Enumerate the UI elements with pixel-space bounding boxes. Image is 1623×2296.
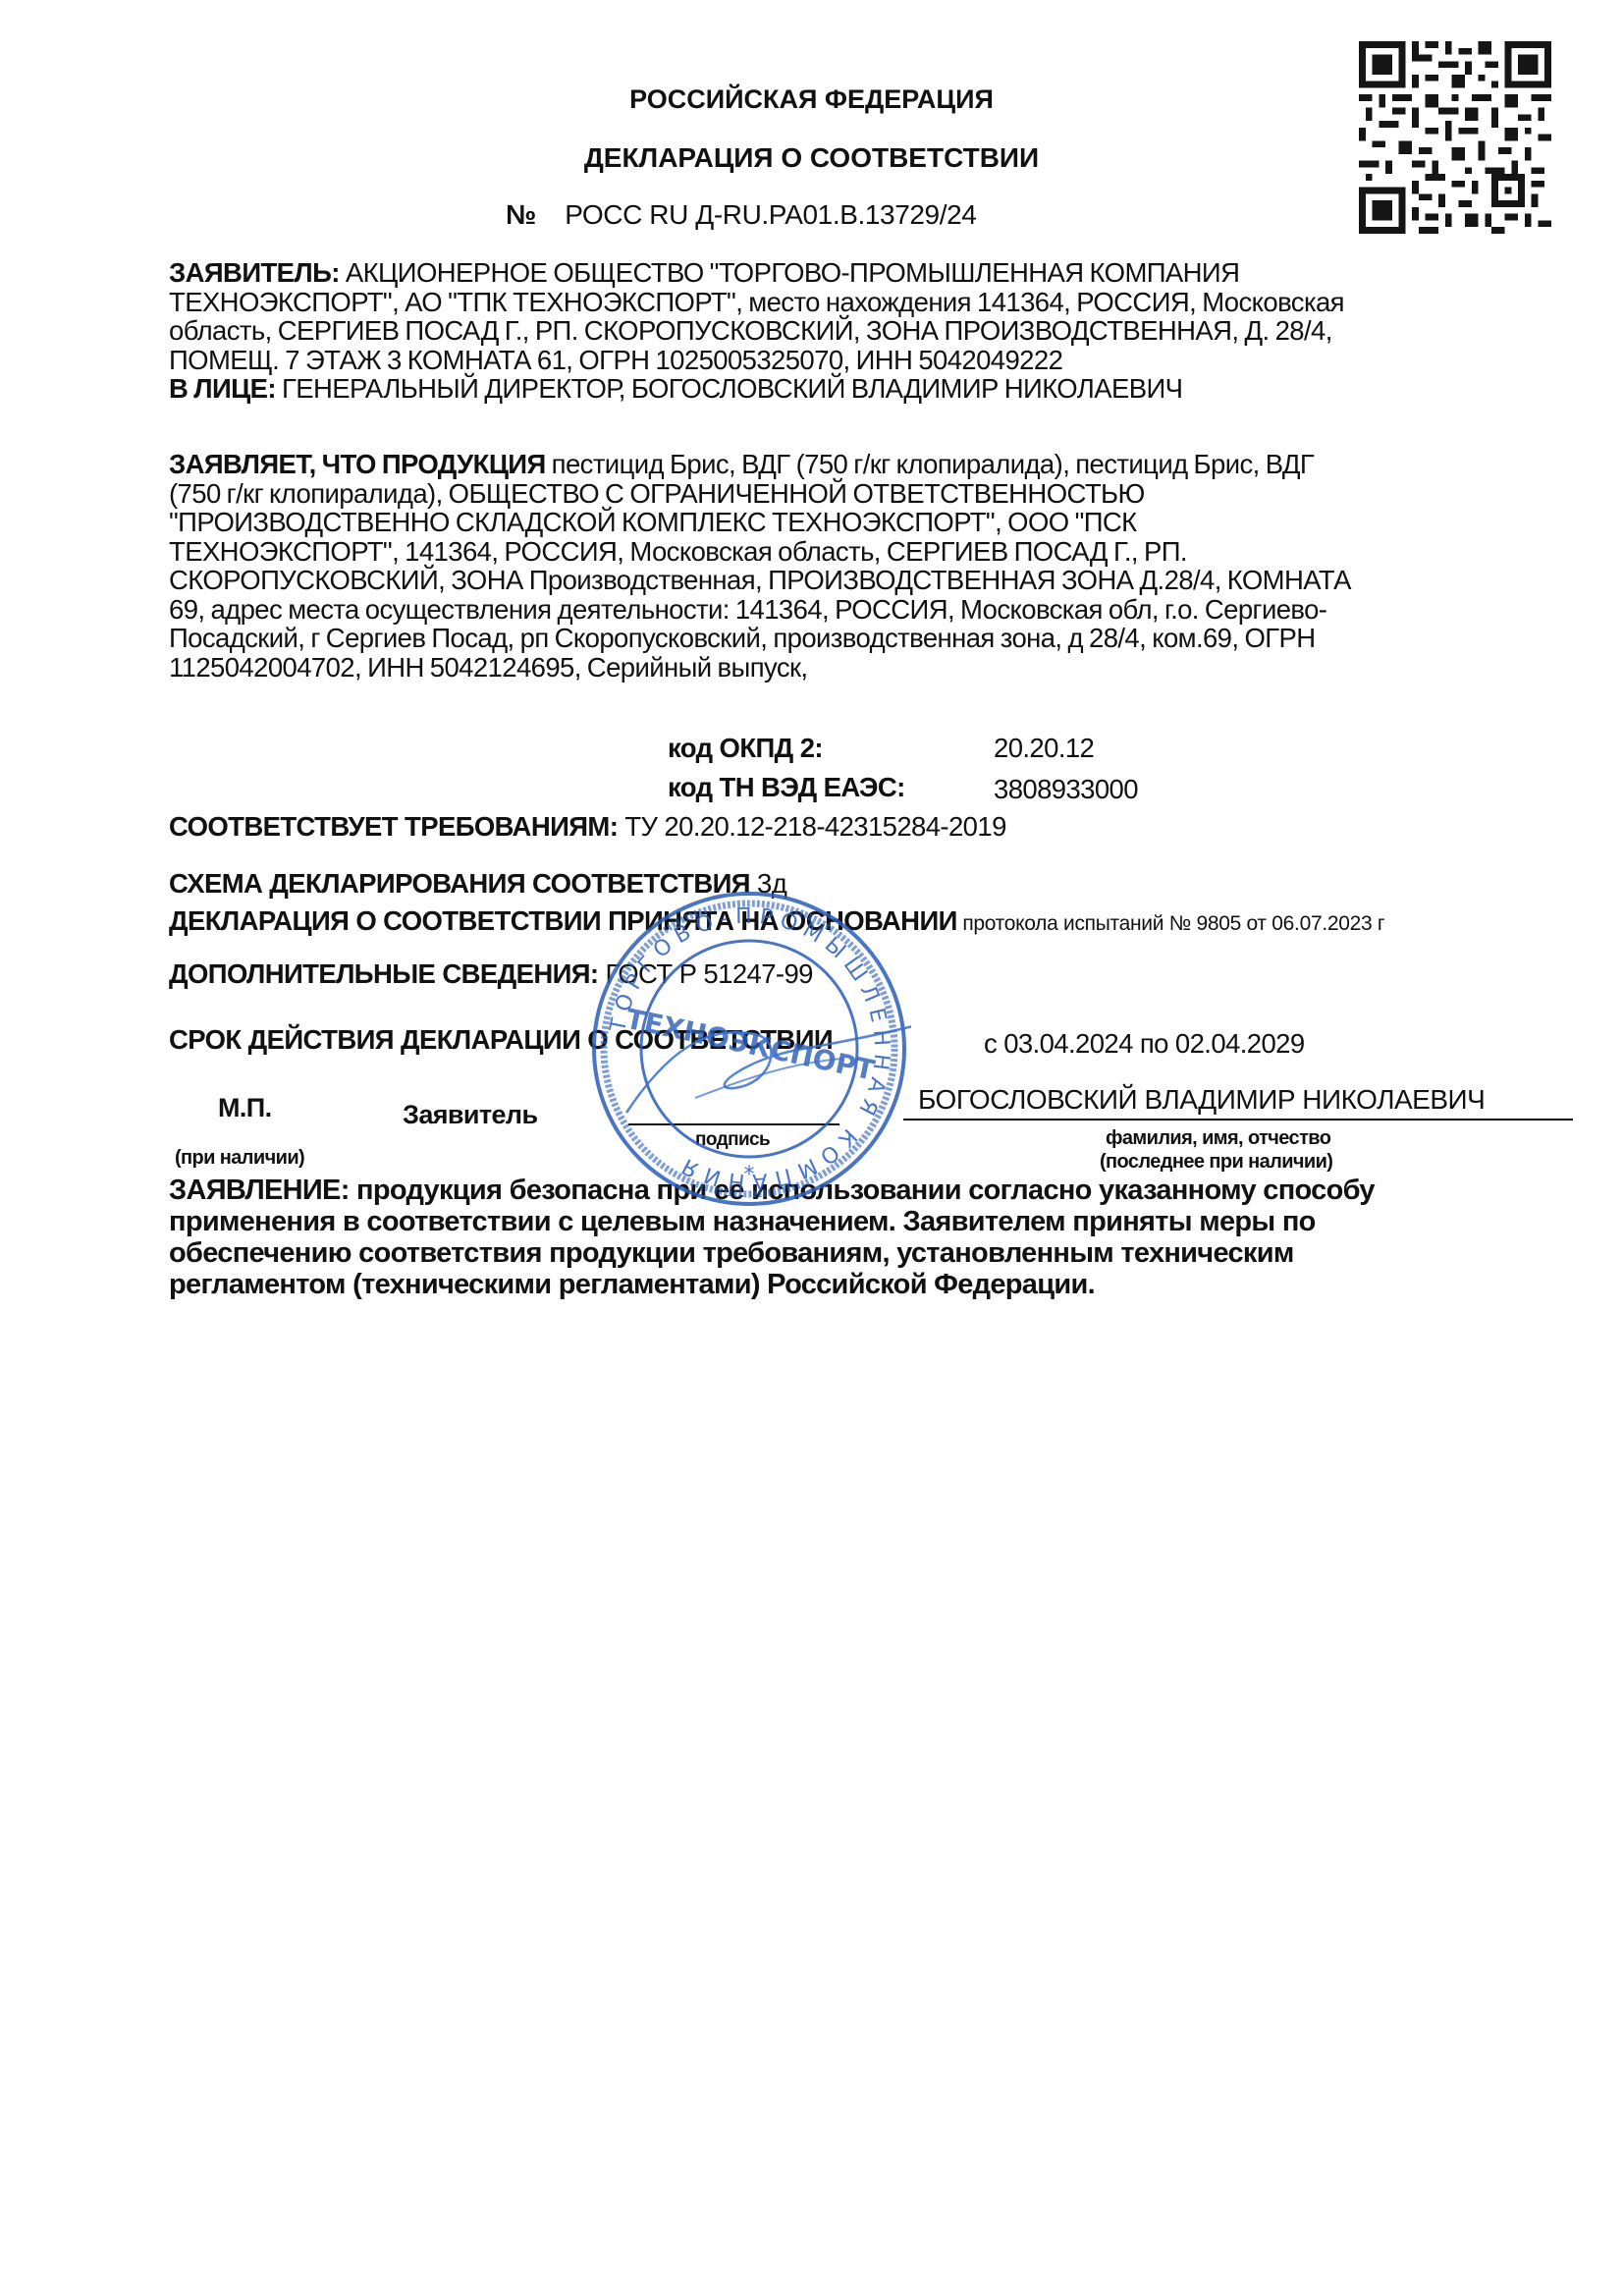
statement-line: применения в соответствии с целевым назн…: [169, 1206, 1573, 1237]
product-line: 69, адрес места осуществления деятельнос…: [169, 595, 1573, 625]
statement-label: ЗАЯВЛЕНИЕ:: [169, 1175, 350, 1206]
qr-code-icon: [1359, 41, 1551, 234]
requirements-line: СООТВЕТСТВУЕТ ТРЕБОВАНИЯМ: ТУ 20.20.12-2…: [169, 811, 1006, 843]
requirements-label: СООТВЕТСТВУЕТ ТРЕБОВАНИЯМ:: [169, 811, 618, 842]
product-section: ЗАЯВЛЯЕТ, ЧТО ПРОДУКЦИЯ пестицид Брис, В…: [169, 450, 1573, 682]
signer-name: БОГОСЛОВСКИЙ ВЛАДИМИР НИКОЛАЕВИЧ: [918, 1084, 1485, 1116]
applicant-label: ЗАЯВИТЕЛЬ:: [169, 257, 340, 288]
tnved-code-value: 3808933000: [994, 774, 1138, 805]
declaration-number-value: РОСС RU Д-RU.РА01.В.13729/24: [565, 199, 976, 230]
product-line: Посадский, г Сергиев Посад, рп Скоропуск…: [169, 624, 1573, 653]
applicant-line: область, СЕРГИЕВ ПОСАД Г., РП. СКОРОПУСК…: [169, 316, 1573, 346]
represented-value: ГЕНЕРАЛЬНЫЙ ДИРЕКТОР, БОГОСЛОВСКИЙ ВЛАДИ…: [276, 373, 1182, 404]
product-line: пестицид Брис, ВДГ (750 г/кг клопиралида…: [546, 449, 1315, 479]
signer-name-line: [903, 1119, 1573, 1121]
requirements-value: ТУ 20.20.12-218-42315284-2019: [618, 811, 1005, 842]
validity-label: СРОК ДЕЙСТВИЯ ДЕКЛАРАЦИИ О СООТВЕТСТВИИ: [169, 1024, 833, 1056]
statement-line: продукция безопасна при ее использовании…: [350, 1175, 1375, 1206]
number-sign: №: [506, 199, 536, 230]
applicant-line: АКЦИОНЕРНОЕ ОБЩЕСТВО "ТОРГОВО-ПРОМЫШЛЕНН…: [340, 257, 1240, 288]
additional-label: ДОПОЛНИТЕЛЬНЫЕ СВЕДЕНИЯ:: [169, 958, 598, 989]
name-caption-1: фамилия, имя, отчество: [1106, 1127, 1330, 1150]
product-line: (750 г/кг клопиралида), ОБЩЕСТВО С ОГРАН…: [169, 479, 1573, 509]
signature-caption: подпись: [695, 1129, 770, 1151]
seal-label: М.П.: [218, 1093, 272, 1123]
okpd-code-label: код ОКПД 2:: [668, 733, 823, 764]
applicant-sign-label: Заявитель: [403, 1100, 537, 1130]
statement-line: обеспечению соответствия продукции требо…: [169, 1237, 1573, 1269]
declaration-number: № РОСС RU Д-RU.РА01.В.13729/24: [506, 199, 976, 231]
scheme-value: 3д: [750, 868, 786, 899]
statement-line: регламентом (техническими регламентами) …: [169, 1269, 1573, 1300]
scheme-label: СХЕМА ДЕКЛАРИРОВАНИЯ СООТВЕТСТВИЯ: [169, 868, 750, 899]
seal-note: (при наличии): [175, 1147, 304, 1170]
represented-label: В ЛИЦЕ:: [169, 373, 276, 404]
product-line: 1125042004702, ИНН 5042124695, Серийный …: [169, 653, 1573, 683]
additional-line: ДОПОЛНИТЕЛЬНЫЕ СВЕДЕНИЯ: ГОСТ Р 51247-99: [169, 958, 813, 990]
product-label: ЗАЯВЛЯЕТ, ЧТО ПРОДУКЦИЯ: [169, 449, 546, 479]
applicant-line: ПОМЕЩ. 7 ЭТАЖ 3 КОМНАТА 61, ОГРН 1025005…: [169, 346, 1573, 375]
product-line: ТЕХНОЭКСПОРТ", 141364, РОССИЯ, Московска…: [169, 537, 1573, 567]
okpd-code-value: 20.20.12: [994, 733, 1094, 764]
applicant-section: ЗАЯВИТЕЛЬ: АКЦИОНЕРНОЕ ОБЩЕСТВО "ТОРГОВО…: [169, 258, 1573, 404]
basis-value: протокола испытаний № 9805 от 06.07.2023…: [957, 912, 1385, 935]
product-line: "ПРОИЗВОДСТВЕННО СКЛАДСКОЙ КОМПЛЕКС ТЕХН…: [169, 508, 1573, 537]
scheme-line: СХЕМА ДЕКЛАРИРОВАНИЯ СООТВЕТСТВИЯ 3д: [169, 868, 786, 900]
name-caption-2: (последнее при наличии): [1100, 1151, 1332, 1174]
basis-line: ДЕКЛАРАЦИЯ О СООТВЕТСТВИИ ПРИНЯТА НА ОСН…: [169, 905, 1384, 937]
additional-value: ГОСТ Р 51247-99: [598, 958, 812, 989]
product-line: СКОРОПУСКОВСКИЙ, ЗОНА Производственная, …: [169, 566, 1573, 595]
signature-line: [628, 1123, 839, 1125]
applicant-line: ТЕХНОЭКСПОРТ", АО "ТПК ТЕХНОЭКСПОРТ", ме…: [169, 288, 1573, 317]
validity-value: с 03.04.2024 по 02.04.2029: [984, 1028, 1305, 1060]
statement-section: ЗАЯВЛЕНИЕ: продукция безопасна при ее ис…: [169, 1175, 1573, 1300]
tnved-code-label: код ТН ВЭД ЕАЭС:: [668, 772, 905, 803]
basis-label: ДЕКЛАРАЦИЯ О СООТВЕТСТВИИ ПРИНЯТА НА ОСН…: [169, 905, 957, 936]
